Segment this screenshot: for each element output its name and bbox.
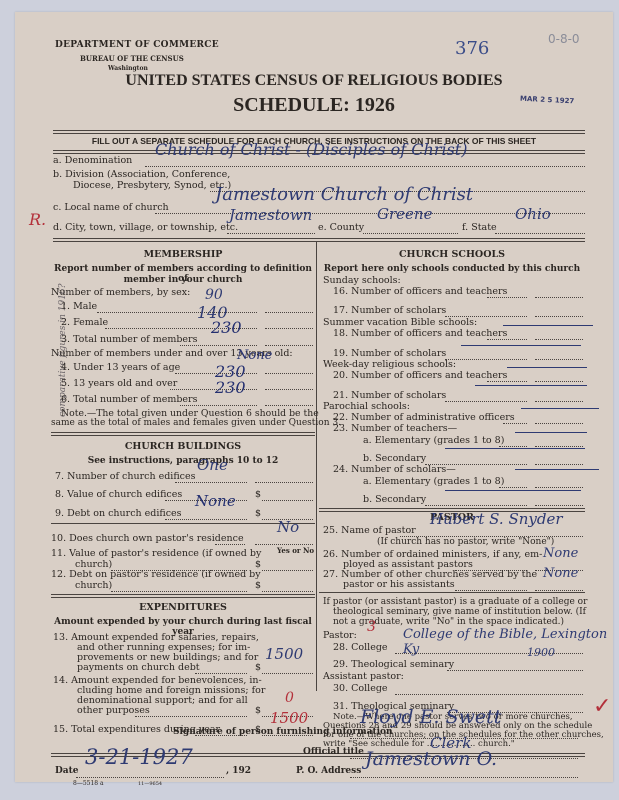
county-label: e. County [318,222,364,233]
q7-aux-field [255,471,313,483]
q14-currency: $ [255,705,261,716]
q14-field[interactable] [135,705,247,717]
q18-field[interactable] [487,328,527,340]
q23b-dash-mark [445,448,585,449]
parochial-schools-label: Parochial schools: [323,401,410,412]
date-label: Date [55,766,79,777]
city-value: Jamestown [229,206,312,224]
q3-aux-field [265,334,313,346]
q27-field[interactable] [455,579,527,591]
q6-value: 230 [215,378,246,397]
q16-label: 16. Number of officers and teachers [333,286,507,297]
q13-label-cont: payments on church debt [77,662,200,673]
q6-label: 6. Total number of members [61,394,197,405]
q19-label: 19. Number of scholars [333,348,446,359]
q1-field[interactable] [97,301,257,313]
q29-label: 29. Theological seminary [333,659,454,670]
q20-aux-field [535,370,583,382]
form-title: UNITED STATES CENSUS OF RELIGIOUS BODIES [15,72,613,90]
q24a-dash-mark [515,469,599,470]
q4-value: None [237,348,272,363]
po-address-value: Jamestown O. [365,748,497,770]
q8-label: 8. Value of church edifices [55,489,182,500]
column-divider [316,241,317,691]
membership-subtitle-cont: member in your church [53,275,313,285]
check-mark: ✓ [593,694,611,719]
q1-value: 90 [205,287,223,303]
division-label: b. Division (Association, Conference, [53,169,230,180]
print-number: 11—9654 [138,781,162,787]
q10-value: No [277,518,299,536]
q22-dash-mark [521,408,599,409]
q21-dash-mark [475,385,587,386]
sunday-schools-label: Sunday schools: [323,275,401,286]
q24a-field[interactable] [499,476,527,488]
census-schedule-sheet: DEPARTMENT OF COMMERCE BUREAU OF THE CEN… [15,12,613,782]
q18-dash-mark [503,325,593,326]
divider [53,238,585,242]
division-label-cont: Diocese, Presbytery, Synod, etc.) [73,180,231,191]
code-stamp: 0-8-0 [548,32,580,46]
state-label: f. State [462,222,497,233]
q23b-label: b. Secondary [363,453,426,464]
q18-aux-field [535,328,583,340]
q25-hint: (If church has no pastor, write "None") [377,537,554,548]
weekday-schools-label: Week-day religious schools: [323,359,456,370]
q23a-label: a. Elementary (grades 1 to 8) [363,435,504,446]
divider [319,592,585,593]
q8-currency: $ [255,489,261,500]
signature-value: Floyd E. Swett [360,706,501,728]
q18-label: 18. Number of officers and teachers [333,328,507,339]
date-value: 3-21-1927 [85,745,193,769]
q19-dash-mark [461,345,581,346]
q3-label: 3. Total number of members [61,334,197,345]
q17-label: 17. Number of scholars [333,305,446,316]
q23a-dash-mark [515,432,587,433]
q7-value: One [197,456,228,474]
city-heading: Washington [108,65,148,72]
q23a-field[interactable] [499,435,527,447]
q15-value: 1500 [270,709,308,727]
q3-value: 230 [211,318,242,337]
q13-currency: $ [255,662,261,673]
q30-field[interactable] [395,683,583,695]
expenditures-title: EXPENDITURES [53,602,313,613]
divider [53,130,585,134]
q8-amount-field[interactable] [262,489,313,501]
q4-aux-field [265,362,313,374]
q20-label: 20. Number of officers and teachers [333,370,507,381]
q9-currency: $ [255,508,261,519]
q12-field[interactable] [111,580,247,592]
membership-title: MEMBERSHIP [53,249,313,260]
denomination-value: Church of Christ - (Disciples of Christ) [155,140,467,159]
q24b-field[interactable] [425,494,527,506]
state-value: Ohio [515,205,551,223]
serial-number: 376 [455,38,489,59]
form-number: 8—5518 a [73,780,104,787]
q28-value: College of the Bible, Lexington Ky [403,627,613,657]
q9-label: 9. Debt on church edifices [55,508,182,519]
q29-field[interactable] [447,659,583,671]
summer-schools-label: Summer vacation Bible schools: [323,317,477,328]
q22-field[interactable] [503,412,527,424]
state-field[interactable] [495,222,585,234]
q28-year: 1900 [527,646,555,659]
q19-aux-field [535,348,583,360]
q10-field[interactable] [215,533,245,545]
county-field[interactable] [363,222,458,234]
q21-field[interactable] [445,390,527,402]
q12-label-cont: church) [75,580,112,591]
local-name-label: c. Local name of church [53,202,169,213]
q2-aux-field [265,317,313,329]
q10-hint: Yes or No [277,546,314,555]
schools-subtitle: Report here only schools conducted by th… [319,264,585,274]
q21-aux-field [535,390,583,402]
q27-label-cont: pastor or his assistants [343,579,455,590]
department-heading: DEPARTMENT OF COMMERCE [55,40,219,50]
q12-amount-field[interactable] [262,580,313,592]
q24-label: 24. Number of scholars— [333,464,456,475]
q12-currency: $ [255,580,261,591]
q27-value: None [543,566,578,581]
q24a-aux-field [535,476,583,488]
margin-mark: R. [29,210,46,229]
q25-value: Hubert S. Snyder [430,510,563,528]
buildings-subtitle: See instructions, paragraphs 10 to 12 [53,456,313,466]
q30-label: 30. College [333,683,388,694]
divider [51,432,315,436]
pastor-mark: 3 [367,619,376,635]
q13-value: 1500 [265,645,303,663]
q5-label: 5. 13 years old and over [61,378,177,389]
date-suffix: , 192 [226,766,251,777]
q17-field[interactable] [445,305,527,317]
local-name-value: Jamestown Church of Christ [215,184,473,205]
q28-label: 28. College [333,642,388,653]
schedule-title: SCHEDULE: 1926 [15,94,613,117]
schools-title: CHURCH SCHOOLS [319,249,585,260]
q16-field[interactable] [487,286,527,298]
q23-label: 23. Number of teachers— [333,423,457,434]
q24b-aux-field [535,494,583,506]
q1-label: 1. Male [61,301,97,312]
q22-aux-field [535,412,583,424]
q13-amount-field[interactable] [262,662,313,674]
q24b-dash-mark [445,490,581,491]
by-sex-label: Number of members, by sex: [51,287,190,298]
q19-field[interactable] [445,348,527,360]
q11-amount-field[interactable] [262,559,313,571]
city-label: d. City, town, village, or township, etc… [53,222,238,233]
q20-field[interactable] [487,370,527,382]
q2-label: 2. Female [61,317,108,328]
q13-field[interactable] [195,662,247,674]
q14-value: 0 [285,690,294,706]
q11-label: 11. Value of pastor's residence (if owne… [51,548,261,559]
q21-label: 21. Number of scholars [333,390,446,401]
denomination-label: a. Denomination [53,155,132,166]
q6-aux-field [265,394,313,406]
q24b-label: b. Secondary [363,494,426,505]
divider [51,594,315,598]
q20-dash-mark [507,367,587,368]
q23a-aux-field [535,435,583,447]
assistant-pastor-subheading: Assistant pastor: [323,671,404,682]
q4-label: 4. Under 13 years of age [61,362,180,373]
q22-label: 22. Number of administrative officers [333,412,515,423]
bureau-heading: BUREAU OF THE CENSUS [80,54,184,63]
q5-aux-field [265,378,313,390]
buildings-title: CHURCH BUILDINGS [53,441,313,452]
divider [51,523,315,524]
q23b-aux-field [535,453,583,465]
pastor-subheading: Pastor: [323,630,357,641]
q16-aux-field [535,286,583,298]
q17-aux-field [535,305,583,317]
q12-label: 12. Debt on pastor's residence (if owned… [51,569,261,580]
county-value: Greene [377,205,432,223]
q9-value: None [195,492,236,510]
q26-value: None [543,546,578,561]
q1-aux-field [265,301,313,313]
membership-note-cont: same as the total of males and females g… [51,418,341,429]
q24a-label: a. Elementary (grades 1 to 8) [363,476,504,487]
